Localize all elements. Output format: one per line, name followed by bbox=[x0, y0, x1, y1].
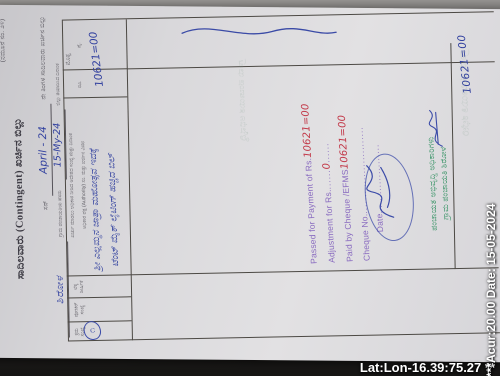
gps-watermark-latlon: Lat:Lon-16.39:75.27 ** bbox=[360, 360, 495, 375]
handwritten-passed-amount: 10621=00 bbox=[300, 103, 314, 158]
handwritten-cheque-amount: 10621=00 bbox=[337, 114, 351, 169]
gps-watermark-accuracy-date: ***Acur:20.00 Date: 15-05-2024 bbox=[484, 3, 498, 376]
office-label: ಗ್ರಾಮ ಪಂಚಾಯತಿಯ ಹೆಸರು bbox=[57, 190, 64, 237]
handwritten-date: 15-My-24 bbox=[52, 122, 64, 167]
col-header-voucher: ವೋಚರ್ ಸಂಖ್ಯೆ bbox=[73, 299, 86, 320]
handwritten-office: ಶಿರೋಳ bbox=[55, 275, 67, 304]
col-header-account: ಲೆಕ್ಕ ಶೀರ್ಷಿಕೆ bbox=[73, 277, 86, 296]
stamp-line-passed: Passed for Payment of Rs. bbox=[303, 157, 319, 263]
photo-frame: (ನಮೂನೆ ನಂ. ೨೪) ಸಾದಿಲವಾರು (Contingent) ಖರ… bbox=[0, 0, 500, 376]
contingent-bill-document: (ನಮೂನೆ ನಂ. ೨೪) ಸಾದಿಲವಾರು (Contingent) ಖರ… bbox=[0, 3, 500, 364]
handwritten-row-amount: 10621=00 bbox=[87, 30, 106, 87]
form-number: (ನಮೂನೆ ನಂ. ೨೪) bbox=[0, 18, 8, 62]
col-header-paise: ಪೈ. bbox=[76, 22, 83, 68]
document-paper: (ನಮೂನೆ ನಂ. ೨೪) ಸಾದಿಲವಾರು (Contingent) ಖರ… bbox=[0, 5, 500, 362]
pen-stroke bbox=[180, 12, 341, 45]
signature-main bbox=[353, 157, 404, 228]
document-title: ಸಾದಿಲವಾರು (Contingent) ಖರ್ಚಿನ ಬಿಲ್ಲು bbox=[11, 52, 29, 344]
col-header-authority-1: ಖರ್ಚು ಮಾಡಲು ಅಧಿಕಾರ ನೀಡಿದ ಆದೇಶದ ಸಂಖ್ಯೆ ಮತ… bbox=[67, 101, 76, 269]
date-label: ಬಿಲ್ಲು ತಯಾರಿಸಿದ ದಿನಾಂಕ bbox=[55, 63, 62, 105]
col-header-amount: ಮೊತ್ತ bbox=[65, 22, 74, 96]
col-header-rupees: ರೂ. bbox=[77, 72, 84, 96]
handwritten-description-2: ಟೆಂಟ್ ಮೈಕ್ ಲೈಟಿಂಗ್ ಹಚ್ಚಿದ ಬಿಲ್ bbox=[104, 86, 122, 266]
stamp-line-adjustment: Adjustment for Rs. bbox=[323, 189, 337, 263]
